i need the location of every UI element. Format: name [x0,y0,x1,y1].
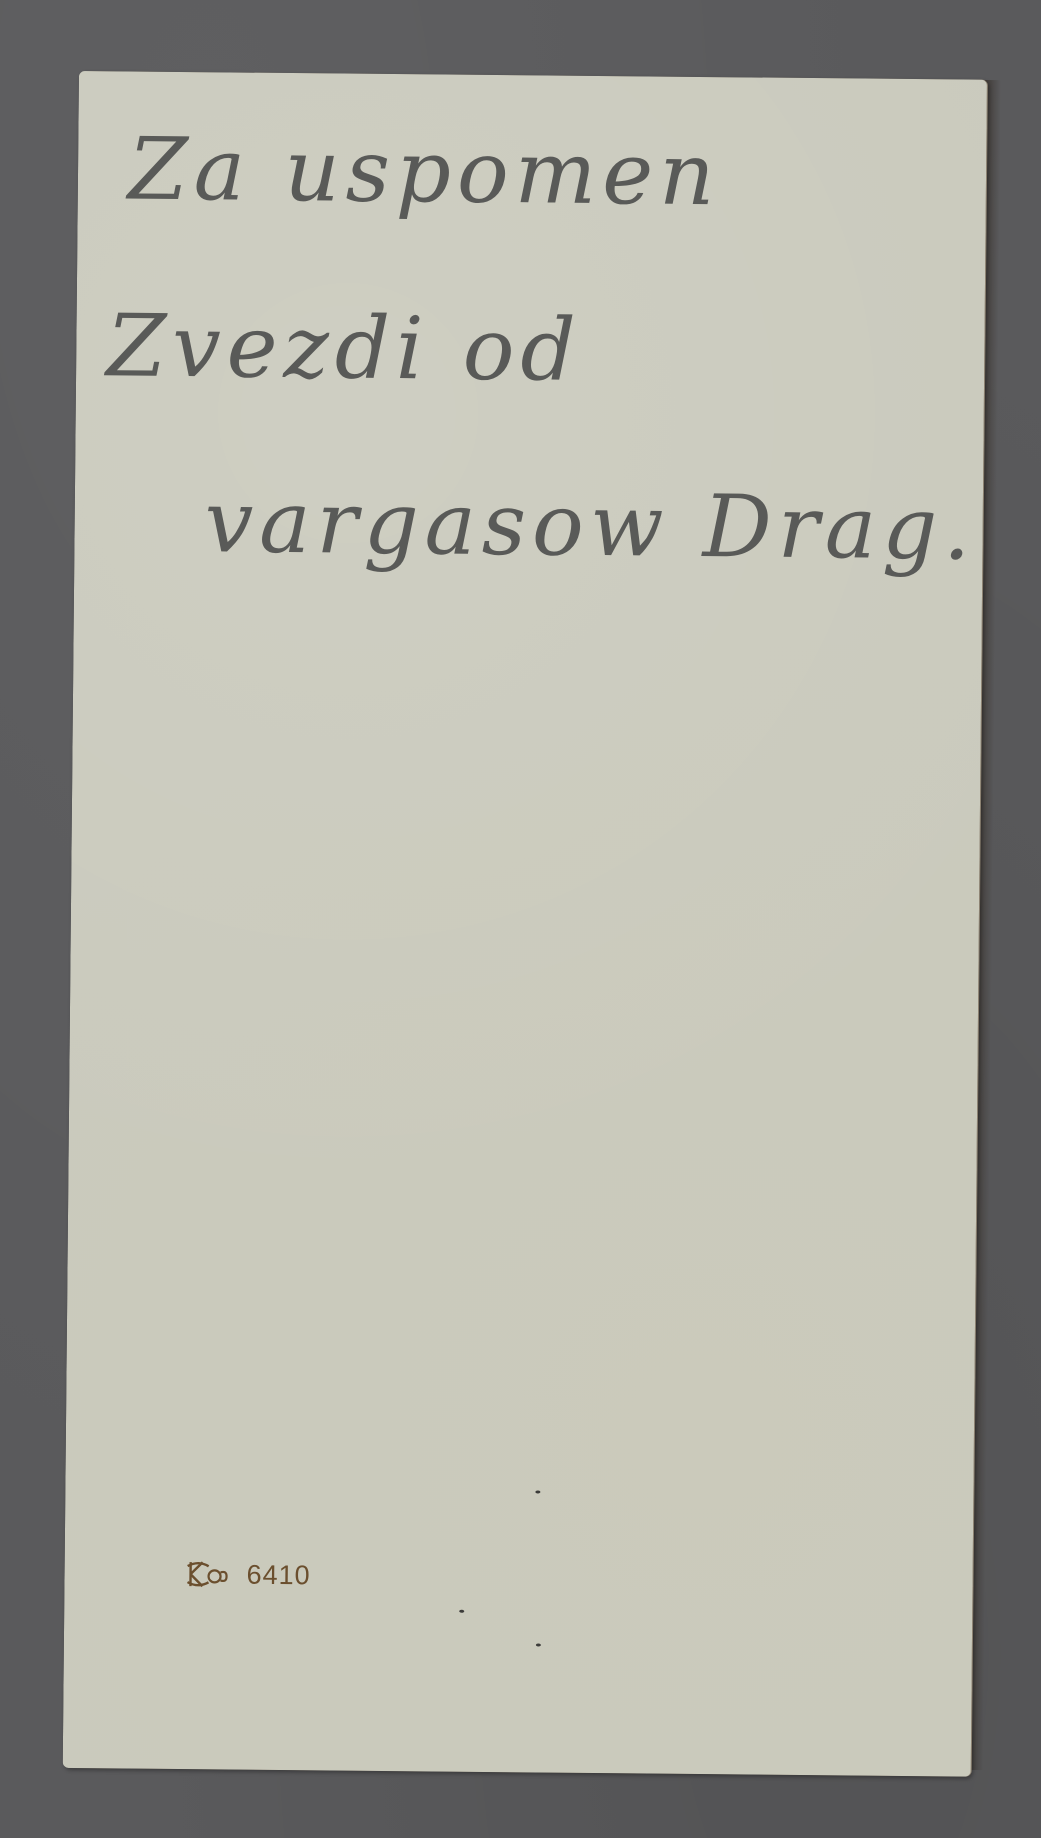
handwritten-line-2: Zvezdi od [106,296,582,401]
publisher-monogram-icon [184,1558,230,1590]
printer-mark: 6410 [184,1558,310,1591]
pencil-speck [536,1643,541,1646]
handwritten-line-1: Za uspomen [128,119,721,225]
pencil-speck [535,1490,540,1493]
pencil-speck [459,1610,464,1613]
card: Za uspomen Zvezdi od vargasow Drag. 6410 [63,71,987,1777]
print-code: 6410 [246,1559,310,1591]
handwritten-line-3: vargasow Drag. [204,472,977,579]
